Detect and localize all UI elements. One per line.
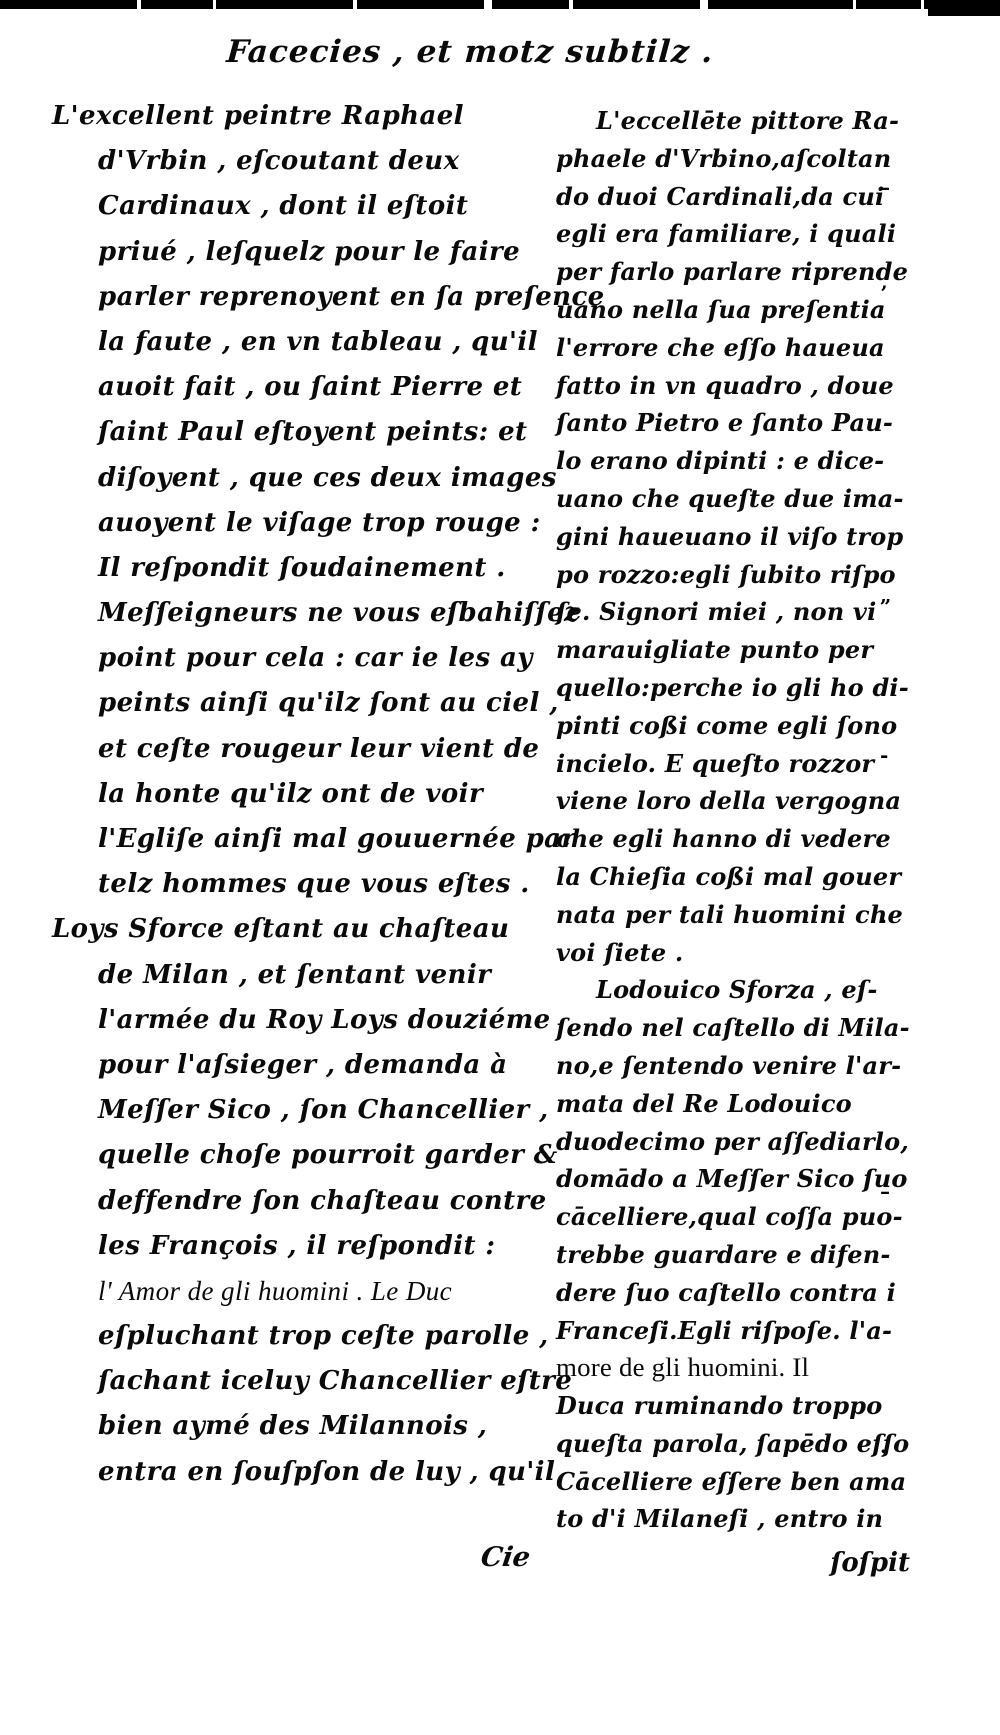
text-line: deffendre ſon chaſteau contre	[52, 1179, 534, 1224]
text-line: ſaint Paul eſtoyent peints: et	[52, 410, 534, 455]
text-line: auoit fait , ou ſaint Pierre et	[52, 365, 534, 410]
text-line: diſoyent , que ces deux images	[52, 456, 534, 501]
text-line: mata del Re Lodouico	[556, 1085, 908, 1123]
text-line: per farlo parlare riprende	[556, 253, 908, 291]
text-line: ſendo nel caſtello di Mila-	[556, 1009, 908, 1047]
catchword-left-column: Cie	[428, 1542, 532, 1573]
text-line: Meſſer Sico , ſon Chancellier ,	[52, 1088, 534, 1133]
scan-artifact-corner	[928, 0, 1000, 16]
text-line: more de gli huomini. Il	[556, 1349, 908, 1387]
text-line: bien aymé des Milannois ,	[52, 1404, 534, 1449]
text-line: Cardinaux , dont il eſtoit	[52, 184, 534, 229]
text-line: to d'i Milaneſi , entro in	[556, 1500, 908, 1538]
text-line: fatto in vn quadro , doue	[556, 367, 908, 405]
text-line: dere ſuo caſtello contra i	[556, 1274, 908, 1312]
text-line: gini haueuano il viſo trop	[556, 518, 908, 556]
left-column-french-text: L'excellent peintre Raphaeld'Vrbin , eſc…	[52, 94, 534, 1495]
catchword-right-column: ſoſpit	[760, 1548, 910, 1578]
text-line: cācelliere,qual coſſa puo-	[556, 1198, 908, 1236]
text-line: les François , il reſpondit :	[52, 1224, 534, 1269]
text-line: Loys Sforce eſtant au chaſteau	[52, 907, 534, 952]
text-line: Lodouico Sforza , eſ-	[556, 971, 908, 1009]
text-line: Cācelliere eſſere ben ama	[556, 1463, 908, 1501]
text-line: incielo. E queſto rozzor	[556, 745, 908, 783]
text-line: L'excellent peintre Raphael	[52, 94, 534, 139]
text-line: l' Amor de gli huomini . Le Duc	[52, 1269, 534, 1314]
page-header-title: Facecies , et motz subtilz .	[149, 34, 792, 70]
text-line: auoyent le viſage trop rouge :	[52, 501, 534, 546]
text-line: la Chieſia coßi mal gouer	[556, 858, 908, 896]
text-line: entra en ſouſpſon de luy , qu'il	[52, 1450, 534, 1495]
text-line: duodecimo per aſſediarlo,	[556, 1123, 908, 1161]
text-line: queſta parola, ſapēdo eſſo	[556, 1425, 908, 1463]
text-line: Il reſpondit ſoudainement .	[52, 546, 534, 591]
text-line: eſpluchant trop ceſte parolle ,	[52, 1314, 534, 1359]
text-line: Duca ruminando troppo	[556, 1387, 908, 1425]
text-line: do duoi Cardinali,da cui	[556, 178, 908, 216]
text-line: no,e ſentendo venire l'ar-	[556, 1047, 908, 1085]
text-line: che egli hanno di vedere	[556, 820, 908, 858]
text-line: priué , leſquelz pour le faire	[52, 230, 534, 275]
text-line: telz hommes que vous eſtes .	[52, 862, 534, 907]
text-line: trebbe guardare e difen-	[556, 1236, 908, 1274]
text-line: parler reprenoyent en ſa preſence	[52, 275, 534, 320]
text-line: domādo a Meſſer Sico ſuo	[556, 1160, 908, 1198]
text-line: uano che queſte due ima-	[556, 480, 908, 518]
text-line: la honte qu'ilz ont de voir	[52, 772, 534, 817]
text-line: Meſſeigneurs ne vous eſbahiſſez	[52, 591, 534, 636]
text-line: voi ſiete .	[556, 934, 908, 972]
text-line: peints ainſi qu'ilz ſont au ciel ,	[52, 681, 534, 726]
text-line: et ceſte rougeur leur vient de	[52, 727, 534, 772]
text-line: quello:perche io gli ho di-	[556, 669, 908, 707]
text-line: Franceſi.Egli riſpoſe. l'a-	[556, 1312, 908, 1350]
right-column-italian-text: L'eccellēte pittore Ra-phaele d'Vrbino,a…	[556, 102, 908, 1538]
text-line: d'Vrbin , eſcoutant deux	[52, 139, 534, 184]
scanned-book-page: Facecies , et motz subtilz . L'excellent…	[0, 0, 1000, 1735]
text-line: l'Egliſe ainſi mal gouuernée par	[52, 817, 534, 862]
text-line: la faute , en vn tableau , qu'il	[52, 320, 534, 365]
text-line: de Milan , et ſentant venir	[52, 953, 534, 998]
text-line: ſachant iceluy Chancellier eſtre	[52, 1359, 534, 1404]
text-line: phaele d'Vrbino,aſcoltan	[556, 140, 908, 178]
text-line: po rozzo:egli ſubito riſpo	[556, 556, 908, 594]
text-line: l'armée du Roy Loys douziéme	[52, 998, 534, 1043]
text-line: l'errore che eſſo haueua	[556, 329, 908, 367]
text-line: ſanto Pietro e ſanto Pau-	[556, 404, 908, 442]
scan-artifact-top-edge	[0, 0, 1000, 9]
text-line: lo erano dipinti : e dice-	[556, 442, 908, 480]
text-line: uano nella ſua preſentia	[556, 291, 908, 329]
text-line: viene loro della vergogna	[556, 782, 908, 820]
text-line: nata per tali huomini che	[556, 896, 908, 934]
text-line: quelle choſe pourroit garder &	[52, 1133, 534, 1178]
text-line: egli era familiare, i quali	[556, 215, 908, 253]
text-line: point pour cela : car ie les ay	[52, 636, 534, 681]
text-line: pour l'aſsieger , demanda à	[52, 1043, 534, 1088]
text-line: ſe. Signori miei , non vi	[556, 593, 908, 631]
text-line: marauigliate punto per	[556, 631, 908, 669]
text-line: pinti coßi come egli ſono	[556, 707, 908, 745]
text-line: L'eccellēte pittore Ra-	[556, 102, 908, 140]
